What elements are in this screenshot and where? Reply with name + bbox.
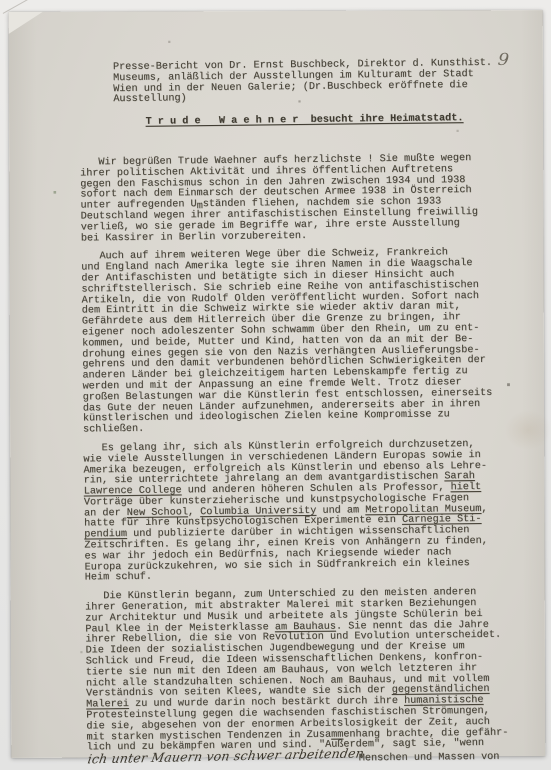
underlined-text: Sarah (444, 471, 475, 482)
title-artist-name: T r u d e W a e h n e r (145, 115, 298, 128)
underlined-text: pendium (84, 529, 127, 540)
paragraphs: Wir begrüßen Trude Waehner aufs herzlich… (80, 153, 543, 765)
document-title-underlined: T r u d e W a e h n e r besucht ihre Hei… (145, 113, 463, 128)
typed-text: , (481, 504, 487, 515)
paragraph: Es gelang ihr, sich als Künstlerin erfol… (83, 439, 541, 585)
press-report-header: Presse-Bericht von Dr. Ernst Buschbeck, … (79, 58, 535, 106)
underlined-text: Malerei (86, 699, 129, 710)
paper-speckles (9, 12, 10, 13)
typed-text: schließen. (83, 424, 144, 436)
document-title: T r u d e W a e h n e r besucht ihre Hei… (80, 113, 536, 129)
paper-sheet: 9 Presse-Bericht von Dr. Ernst Buschbeck… (9, 10, 546, 758)
corner-fold (9, 12, 43, 34)
header-line: Ausstellung) (113, 91, 535, 107)
paragraph: Auch auf ihrem weiteren Wege über die Sc… (81, 248, 539, 437)
text-line: ich unter Mauern von schwer arbeitendenM… (87, 749, 543, 765)
typewritten-text: Presse-Bericht von Dr. Ernst Buschbeck, … (79, 58, 543, 765)
typed-text: Heim schuf. (85, 572, 152, 584)
typed-text: m (197, 201, 203, 212)
paragraph: Die Künstlerin begann, zum Unterschied z… (85, 588, 543, 766)
handwritten-correction: ich unter Mauern von schwer arbeitenden (87, 749, 361, 766)
typed-text: Menschen und Massen von (359, 752, 500, 765)
scanned-document-photo: { "annotations": { "handwritten_page_num… (0, 0, 551, 770)
underlined-text: hielt (450, 482, 481, 493)
typed-text: bei Kassirer in Berlin vorzubereiten. (81, 230, 307, 244)
paragraph: Wir begrüßen Trude Waehner aufs herzlich… (80, 153, 537, 245)
title-rest: besucht ihre Heimatstadt. (298, 113, 463, 126)
